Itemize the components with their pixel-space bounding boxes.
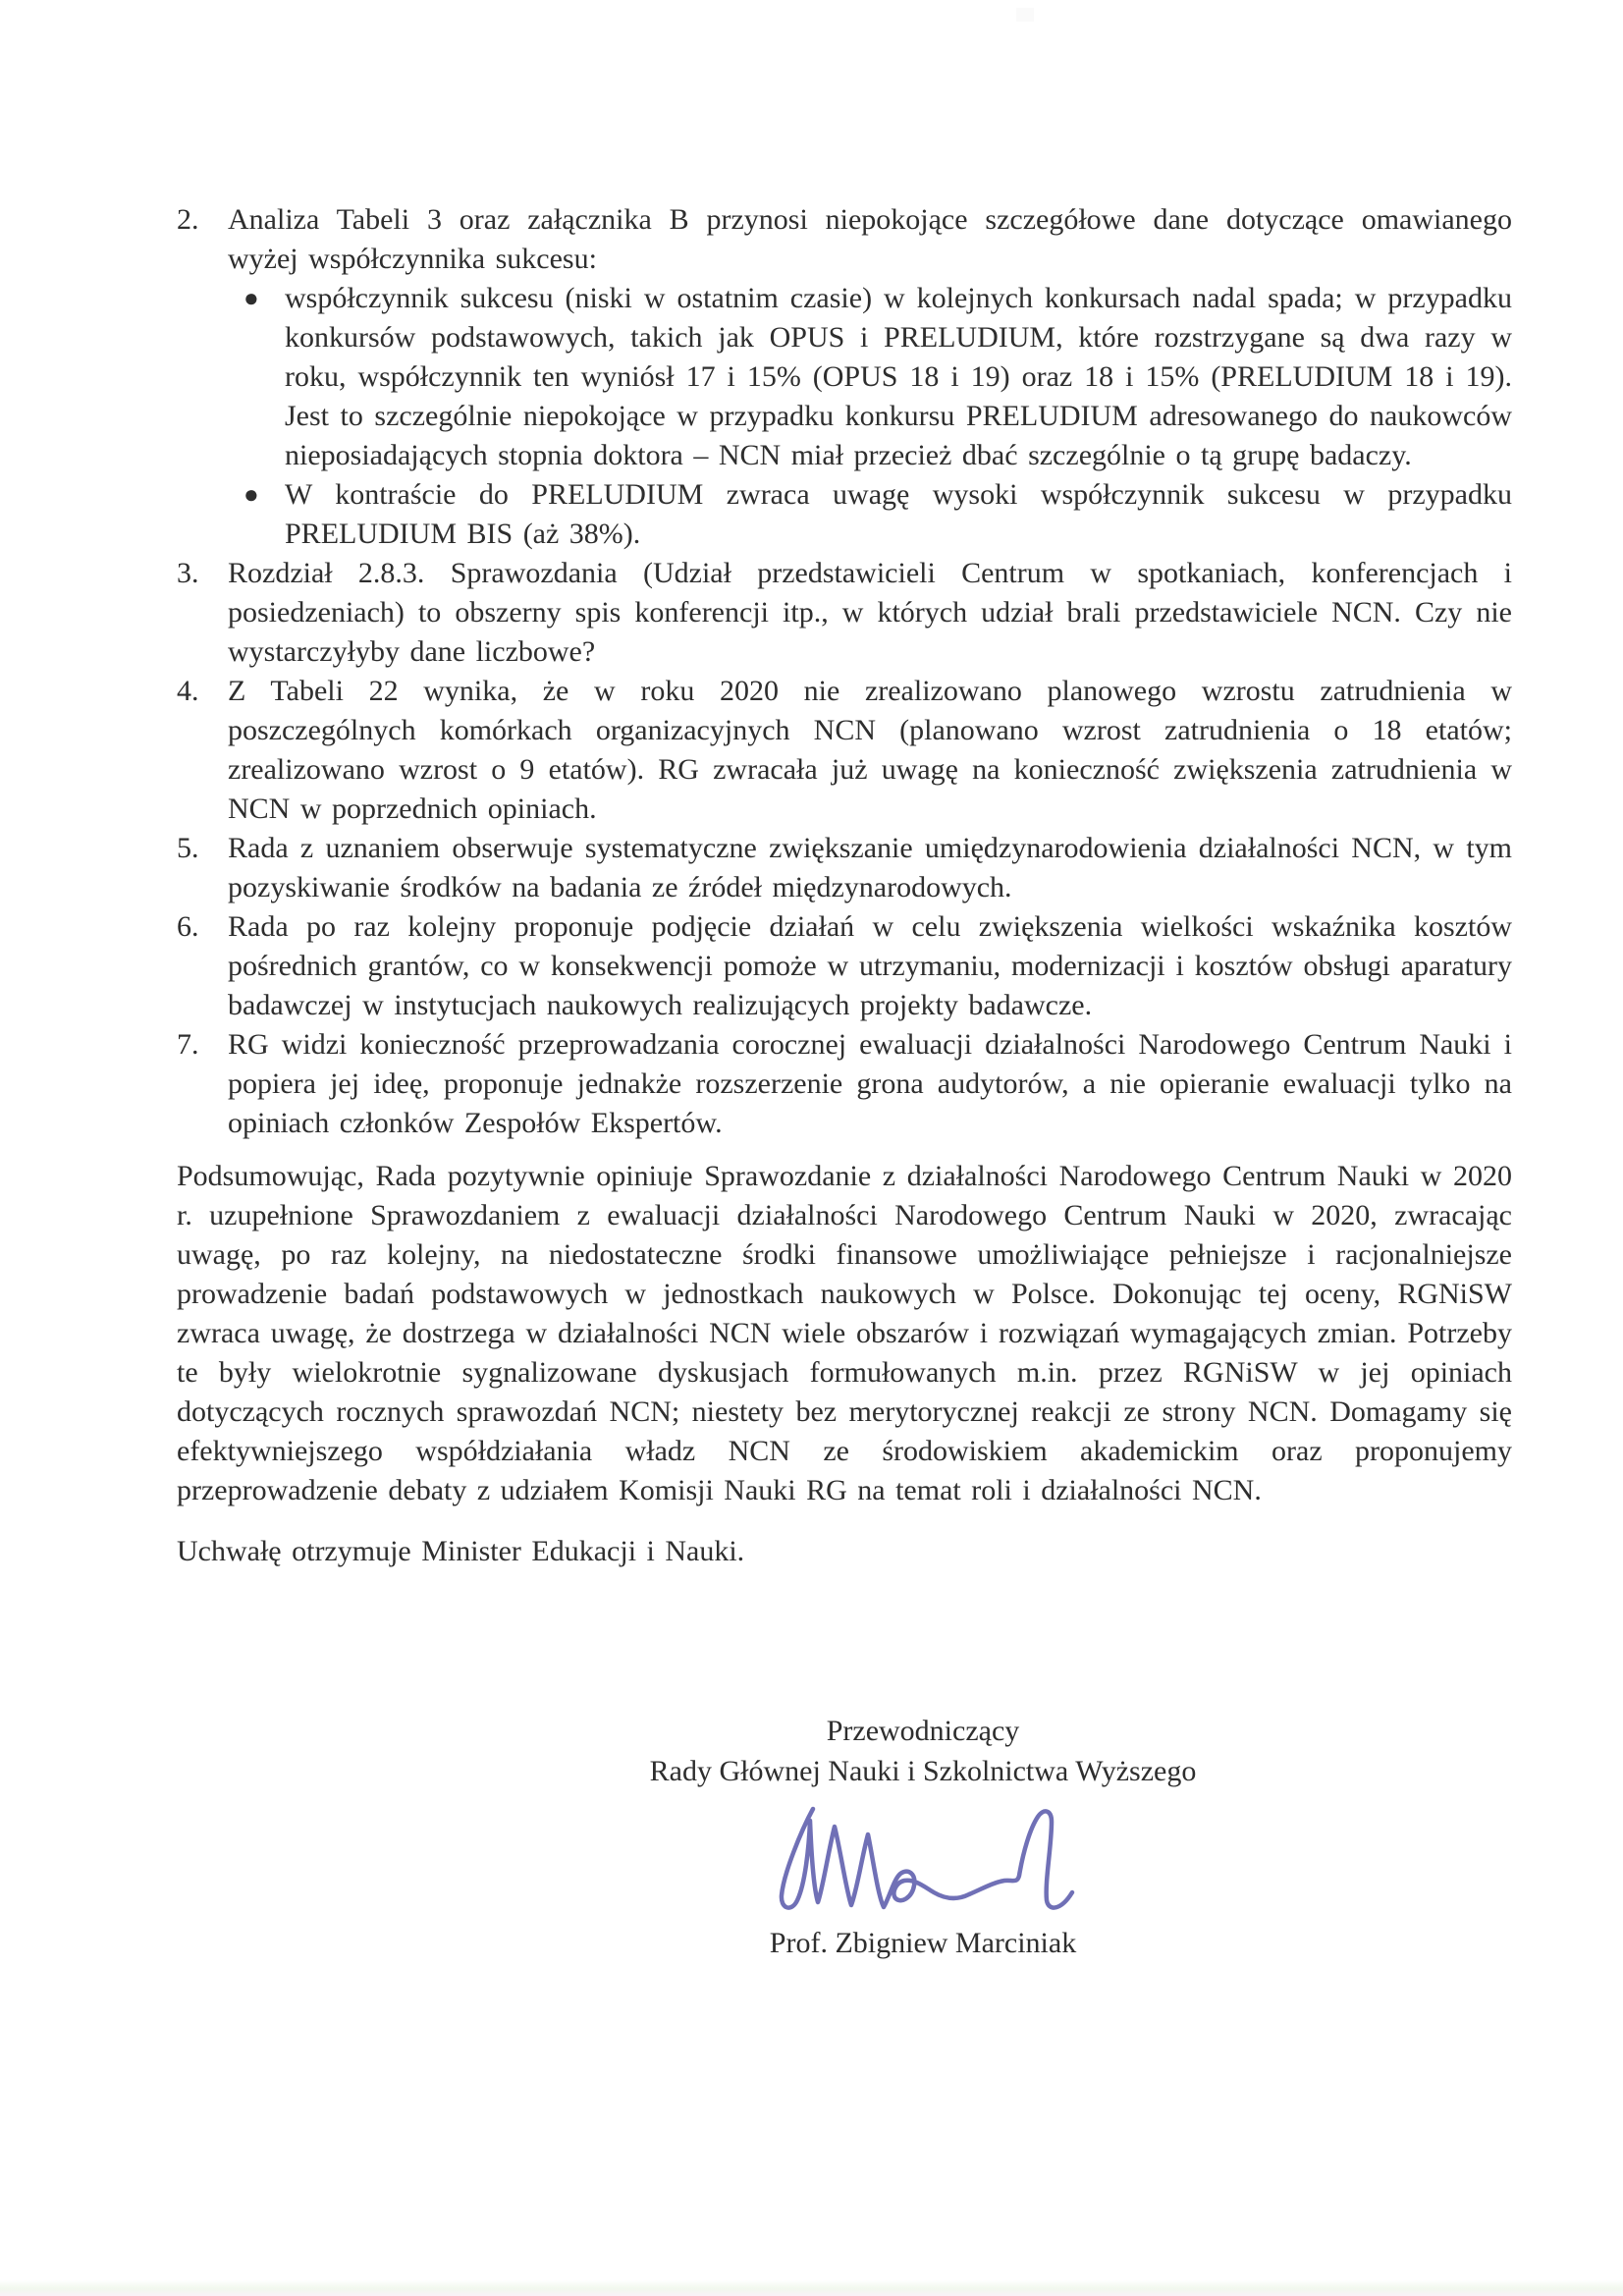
document-body: 2. Analiza Tabeli 3 oraz załącznika B pr… <box>177 200 1512 1571</box>
bullet-marker: ● <box>228 475 285 515</box>
list-item-5: 5. Rada z uznaniem obserwuje systematycz… <box>177 829 1512 907</box>
handwritten-signature <box>756 1795 1090 1921</box>
signatory-name: Prof. Zbigniew Marciniak <box>545 1923 1301 1963</box>
bullet-marker: ● <box>228 279 285 318</box>
item-text: Analiza Tabeli 3 oraz załącznika B przyn… <box>228 200 1512 279</box>
item-number: 7. <box>177 1025 228 1065</box>
list-item-6: 6. Rada po raz kolejny proponuje podjęci… <box>177 907 1512 1025</box>
list-item-3: 3. Rozdział 2.8.3. Sprawozdania (Udział … <box>177 554 1512 672</box>
list-item-2: 2. Analiza Tabeli 3 oraz załącznika B pr… <box>177 200 1512 554</box>
item-text: RG widzi konieczność przeprowadzania cor… <box>228 1025 1512 1143</box>
item-number: 2. <box>177 200 228 240</box>
bullet-item-1: ● współczynnik sukcesu (niski w ostatnim… <box>228 279 1512 475</box>
summary-paragraph: Podsumowując, Rada pozytywnie opiniuje S… <box>177 1157 1512 1510</box>
item-text: Rozdział 2.8.3. Sprawozdania (Udział prz… <box>228 554 1512 672</box>
signature-title: Przewodniczący <box>545 1711 1301 1751</box>
scanned-document-page: 2. Analiza Tabeli 3 oraz załącznika B pr… <box>0 0 1623 2296</box>
item-text: Z Tabeli 22 wynika, że w roku 2020 nie z… <box>228 672 1512 829</box>
scan-edge-artifact <box>0 2280 1623 2296</box>
scan-artifact <box>1016 8 1034 22</box>
signature-organization: Rady Głównej Nauki i Szkolnictwa Wyższeg… <box>545 1751 1301 1791</box>
bullet-text: współczynnik sukcesu (niski w ostatnim c… <box>285 279 1512 475</box>
item-text: Rada po raz kolejny proponuje podjęcie d… <box>228 907 1512 1025</box>
item-number: 6. <box>177 907 228 947</box>
signature-block: Przewodniczący Rady Głównej Nauki i Szko… <box>545 1711 1301 1963</box>
list-item-7: 7. RG widzi konieczność przeprowadzania … <box>177 1025 1512 1143</box>
bullet-item-2: ● W kontraście do PRELUDIUM zwraca uwagę… <box>228 475 1512 554</box>
signature-ink-stroke <box>782 1809 1072 1908</box>
item-number: 3. <box>177 554 228 593</box>
item-number: 5. <box>177 829 228 868</box>
item-number: 4. <box>177 672 228 711</box>
bullet-text: W kontraście do PRELUDIUM zwraca uwagę w… <box>285 475 1512 554</box>
item-text: Rada z uznaniem obserwuje systematyczne … <box>228 829 1512 907</box>
list-item-4: 4. Z Tabeli 22 wynika, że w roku 2020 ni… <box>177 672 1512 829</box>
closing-paragraph: Uchwałę otrzymuje Minister Edukacji i Na… <box>177 1532 1512 1571</box>
